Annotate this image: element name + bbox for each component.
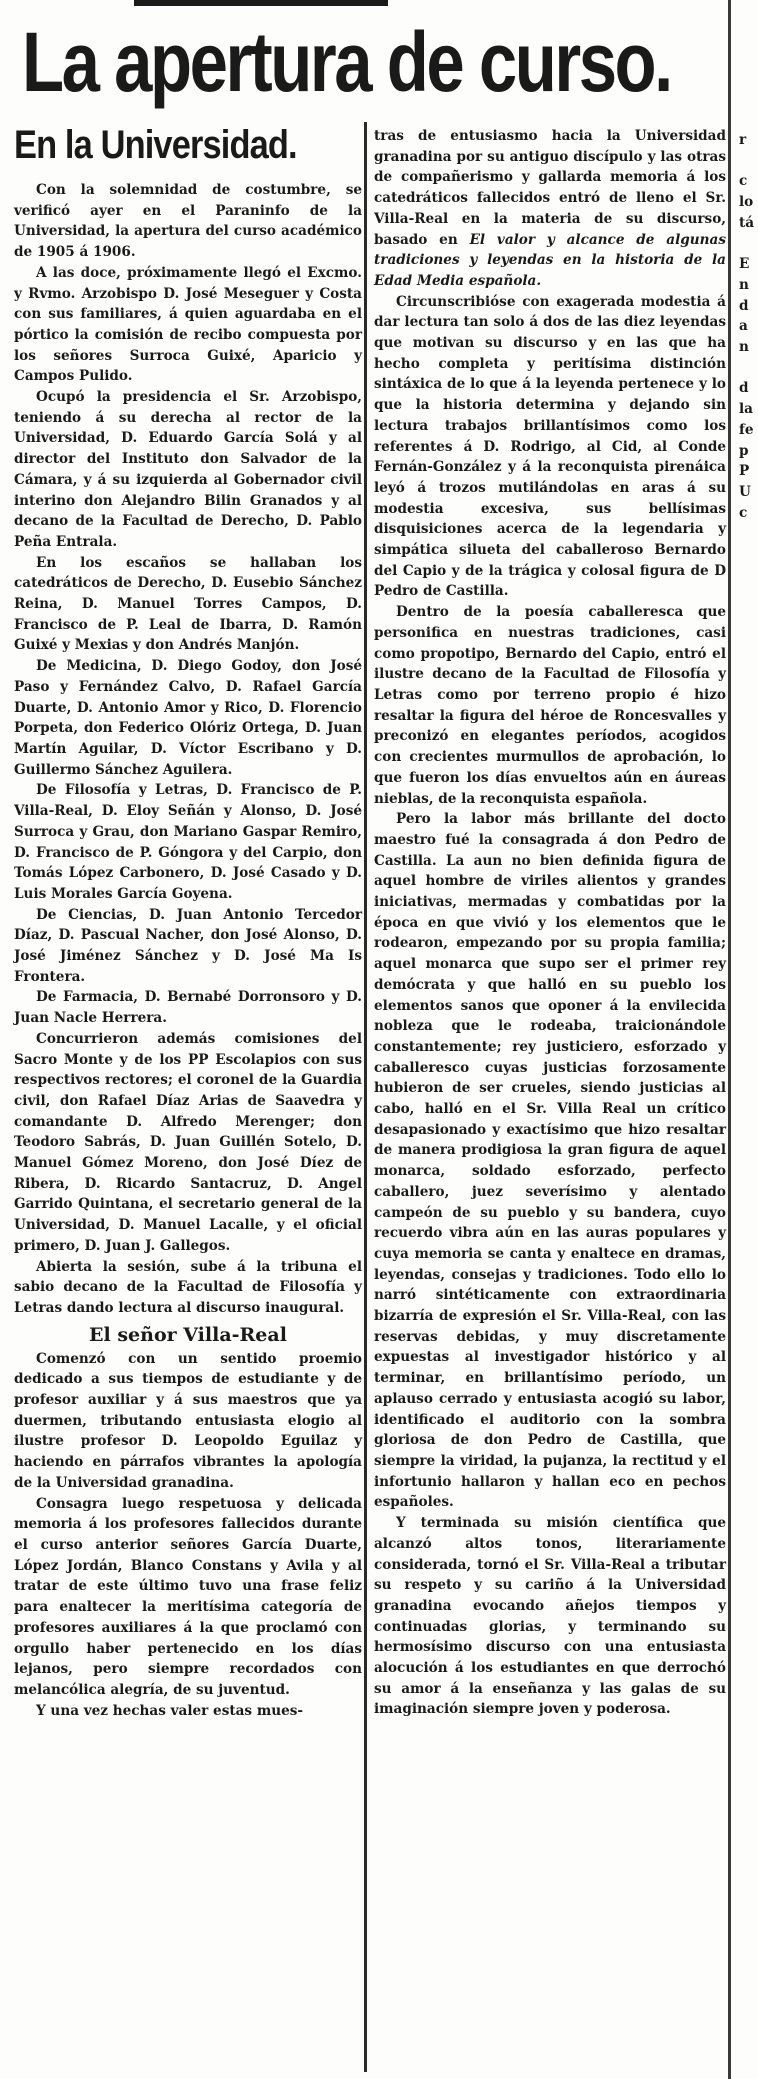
fragment: d [739, 296, 758, 317]
left-column: En la Universidad. Con la solemnidad de … [14, 118, 362, 1721]
paragraph: Pero la labor más brillante del docto ma… [374, 809, 726, 1513]
fragment [739, 151, 758, 172]
top-rule [134, 0, 388, 6]
fragment: fe [739, 420, 758, 441]
fragment: d [739, 378, 758, 399]
paragraph: Y una vez hechas valer estas mues- [14, 1701, 362, 1722]
newspaper-page: La apertura de curso. En la Universidad.… [0, 0, 758, 2079]
paragraph: Concurrieron además comisiones del Sacro… [14, 1029, 362, 1257]
paragraph-text: tras de entusiasmo hacia la Universidad … [374, 128, 726, 248]
paragraph: De Medicina, D. Diego Godoy, don José Pa… [14, 656, 362, 780]
column-divider [364, 122, 367, 2072]
fragment: c [739, 171, 758, 192]
subhead: En la Universidad. [14, 118, 313, 172]
fragment: r [739, 130, 758, 151]
right-column: tras de entusiasmo hacia la Universidad … [374, 126, 726, 1720]
paragraph: De Farmacia, D. Bernabé Dorronsoro y D. … [14, 987, 362, 1028]
fragment: E [739, 254, 758, 275]
section-heading: El señor Villa-Real [14, 1321, 362, 1349]
fragment: a [739, 316, 758, 337]
fragment [739, 358, 758, 379]
paragraph: Consagra luego respetuosa y delicada mem… [14, 1494, 362, 1701]
fragment: U [739, 482, 758, 503]
paragraph: De Ciencias, D. Juan Antonio Tercedor Dí… [14, 905, 362, 988]
fragment [739, 234, 758, 255]
fragment: tá [739, 213, 758, 234]
fragment: c [739, 503, 758, 524]
paragraph: A las doce, próximamente llegó el Excmo.… [14, 263, 362, 387]
paragraph: Comenzó con un sentido proemio dedicado … [14, 1349, 362, 1494]
paragraph: tras de entusiasmo hacia la Universidad … [374, 126, 726, 292]
headline: La apertura de curso. [22, 12, 547, 112]
fragment: P [739, 461, 758, 482]
fragment: la [739, 399, 758, 420]
paragraph: En los escaños se hallaban los catedráti… [14, 553, 362, 657]
page-edge-divider [728, 0, 731, 2079]
fragment: n [739, 275, 758, 296]
fragment: n [739, 337, 758, 358]
paragraph: De Filosofía y Letras, D. Francisco de P… [14, 780, 362, 904]
paragraph: Dentro de la poesía caballeresca que per… [374, 602, 726, 809]
paragraph: Circunscribióse con exagerada modestia á… [374, 292, 726, 603]
fragment: lo [739, 192, 758, 213]
paragraph: Ocupó la presidencia el Sr. Arzobispo, t… [14, 387, 362, 553]
adjacent-column-fragment: r c lo tá E n d a n d la fe p P U c [739, 130, 758, 523]
paragraph: Y terminada su misión científica que alc… [374, 1513, 726, 1720]
paragraph: Con la solemnidad de costumbre, se verif… [14, 180, 362, 263]
fragment: p [739, 441, 758, 462]
paragraph: Abierta la sesión, sube á la tribuna el … [14, 1257, 362, 1319]
